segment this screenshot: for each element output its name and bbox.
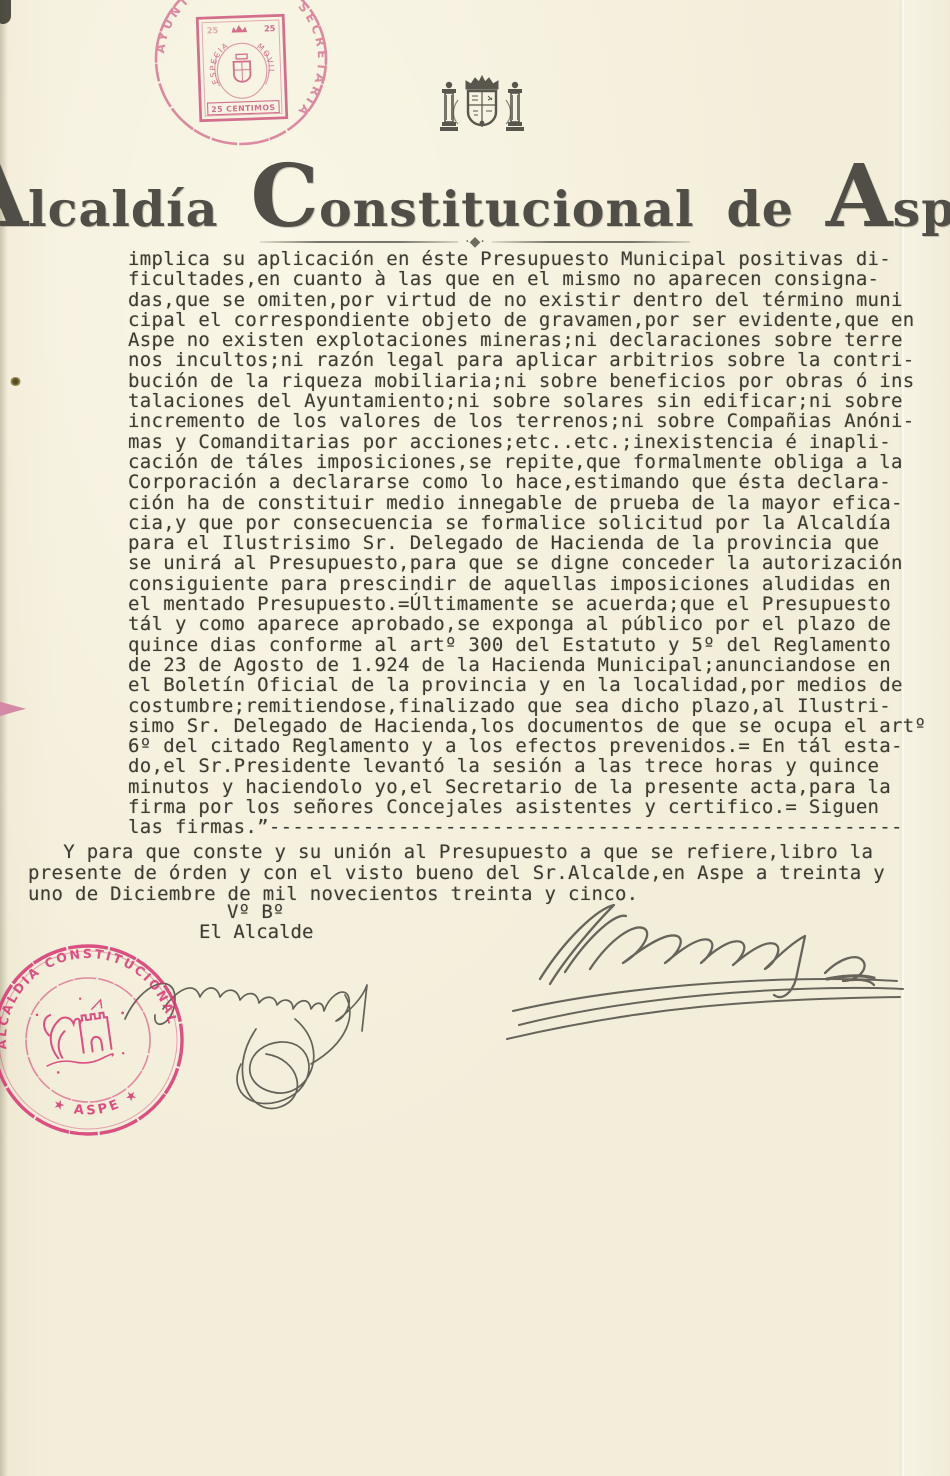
body-line: el mentado Presupuesto.=Últimamente se a… (128, 594, 928, 614)
body-line: las firmas.”----------------------------… (128, 817, 928, 837)
castle-tower (79, 1012, 112, 1053)
body-line: minutos y haciendolo yo,el Secretario de… (128, 777, 928, 797)
body-line: das,que se omiten,por virtud de no exist… (128, 290, 928, 310)
round-stamp-text-top: ALCALDIA CONSTITUCIONAL (0, 934, 181, 1051)
body-line: quince dias conforme al artº 300 del Est… (128, 635, 928, 655)
republic-coat-of-arms-icon (430, 74, 534, 152)
staple-hole-mark (29, 389, 39, 398)
cancellation-text-ayuntamiento: AYUNTAMIENTO (139, 0, 289, 57)
municipal-round-stamp: ALCALDIA CONSTITUCIONAL ★ ASPE ★ (0, 925, 203, 1155)
body-line: consiguiente para prescindir de aquellas… (128, 574, 928, 594)
cancellation-stamp: AYUNTAMIENTO SECRETARIA (131, 0, 352, 169)
title-word: Alcaldía (0, 146, 219, 247)
body-line: costumbre;remitiendose,finalizado que se… (128, 696, 928, 716)
svg-text:AYUNTAMIENTO: AYUNTAMIENTO (139, 0, 289, 57)
body-line: simo Sr. Delegado de Hacienda,los docume… (128, 716, 928, 736)
body-line: firma por los señores Concejales asisten… (128, 797, 928, 817)
body-line: nos incultos;ni razón legal para aplicar… (128, 350, 928, 370)
body-line: cia,y que por consecuencia se formalice … (128, 513, 928, 533)
visto-bueno-label: Vº Bº (227, 901, 284, 923)
document-page: ESPECIAL MOVIL 25 25 25 CENTIMOS AYUNTAM… (0, 0, 950, 1476)
body-line: cación de táles imposiciones,se repite,q… (128, 452, 928, 472)
closing-line: presente de órden y con el visto bueno d… (28, 863, 938, 884)
divider-line-left (260, 241, 458, 243)
body-line: el Boletín Oficial de la provincia y en … (128, 675, 928, 695)
closing-line: Y para que conste y su unión al Presupue… (28, 842, 938, 863)
body-line: ción ha de constituir medio innegable de… (128, 493, 928, 513)
body-line: 6º del citado Reglamento y a los efectos… (128, 736, 928, 756)
title-word: Constitucional (251, 146, 695, 247)
corner-ink-mark (0, 0, 11, 24)
body-line: do,el Sr.Presidente levantó la sesión a … (128, 756, 928, 776)
document-title: AlcaldíaConstitucionaldeAspe (0, 146, 950, 247)
body-line: tál y como aparece aprobado,se exponga a… (128, 614, 928, 634)
mural-crown (466, 76, 498, 89)
body-line: bución de la riqueza mobiliaria;ni sobre… (128, 371, 928, 391)
svg-text:ALCALDIA CONSTITUCIONAL: ALCALDIA CONSTITUCIONAL (0, 934, 181, 1051)
body-line: mas y Comanditarias por acciones;etc..et… (128, 432, 928, 452)
body-line: Corporación a declararse como lo hace,es… (128, 472, 928, 492)
body-line: incremento de los valores de los terreno… (128, 411, 928, 431)
svg-text:SECRETARIA: SECRETARIA (268, 0, 345, 123)
body-line: se unirá al Presupuesto,para que se dign… (128, 553, 928, 573)
pillar-right (506, 82, 524, 131)
cancellation-text-secretaria: SECRETARIA (268, 0, 345, 123)
title-word: de (726, 180, 793, 238)
title-word: Aspe (826, 146, 950, 247)
body-line: ficultades,en cuanto à las que en el mis… (128, 269, 928, 289)
lion-rampant (43, 1011, 85, 1060)
title-divider: ·◆· (260, 235, 690, 249)
body-line: Aspe no existen explotaciones mineras;ni… (128, 330, 928, 350)
body-line: cipal el correspondiente objeto de grava… (128, 310, 928, 330)
body-line: para el Ilustrisimo Sr. Delegado de Haci… (128, 533, 928, 553)
secretario-signature (495, 883, 915, 1061)
round-stamp-crest (34, 992, 131, 1076)
divider-line-right (492, 241, 690, 243)
body-line: talaciones del Ayuntamiento;ni sobre sol… (128, 391, 928, 411)
staple-hole-mark (10, 377, 21, 386)
body-line: de 23 de Agosto de 1.924 de la Hacienda … (128, 655, 928, 675)
body-line: implica su aplicación en éste Presupuest… (128, 249, 928, 269)
divider-ornament-icon: ·◆· (465, 235, 485, 249)
body-text: implica su aplicación en éste Presupuest… (128, 249, 928, 838)
pillar-left (440, 82, 458, 131)
